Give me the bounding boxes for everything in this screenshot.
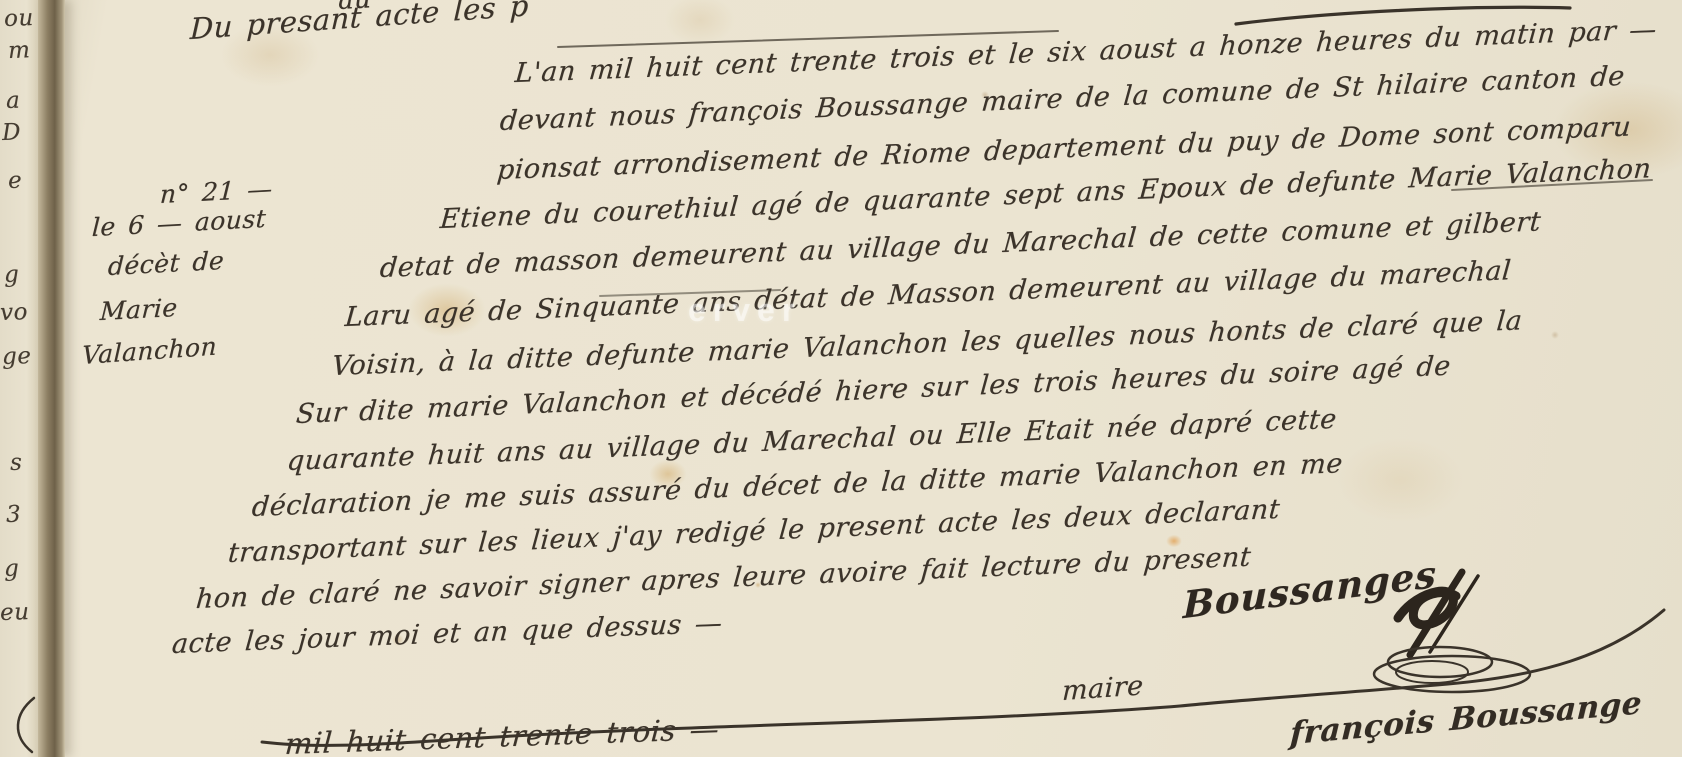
cut-text-fragment: vo xyxy=(0,299,28,326)
cut-text-fragment: D xyxy=(2,119,22,146)
margin-note: décèt de xyxy=(107,246,225,281)
cut-text-fragment: m xyxy=(8,37,31,64)
cut-text-fragment: a xyxy=(6,88,21,114)
manuscript-page: oumaDegvoges3geu n° 21 —le 6 — aoustdécè… xyxy=(0,0,1682,757)
adjacent-page-edge: oumaDegvoges3geu xyxy=(0,0,38,757)
cut-text-fragment: eu xyxy=(0,599,30,626)
page-binding-strip xyxy=(38,0,65,757)
image-watermark: erver xyxy=(688,292,801,329)
cut-text-fragment: ou xyxy=(4,5,35,32)
cut-text-fragment: ge xyxy=(2,343,32,370)
signature-loop-3 xyxy=(1396,661,1468,683)
manuscript-line-cut-top-edge: au xyxy=(337,0,372,16)
margin-note: le 6 — aoust xyxy=(91,204,267,242)
signature-loop-1 xyxy=(1388,647,1492,677)
signature-loop-2 xyxy=(1374,656,1530,692)
margin-note: Marie xyxy=(99,293,178,326)
manuscript-line-partial-bottom-right: françois Boussange xyxy=(1289,685,1643,752)
signature-paraph-slash-thin xyxy=(1430,576,1478,652)
cut-text-fragment: e xyxy=(8,168,23,194)
cut-text-fragment: 3 xyxy=(6,501,22,528)
cut-text-fragment: g xyxy=(4,555,20,582)
cut-text-fragment: g xyxy=(4,261,20,288)
cut-text-fragment: s xyxy=(10,450,23,476)
manuscript-line-partial-bottom-left: mil huit cent trente trois — xyxy=(284,712,721,757)
manuscript-line: acte les jour moi et an que dessus — xyxy=(171,608,724,660)
signature-title: maire xyxy=(1061,670,1144,707)
margin-note: Valanchon xyxy=(81,331,217,370)
